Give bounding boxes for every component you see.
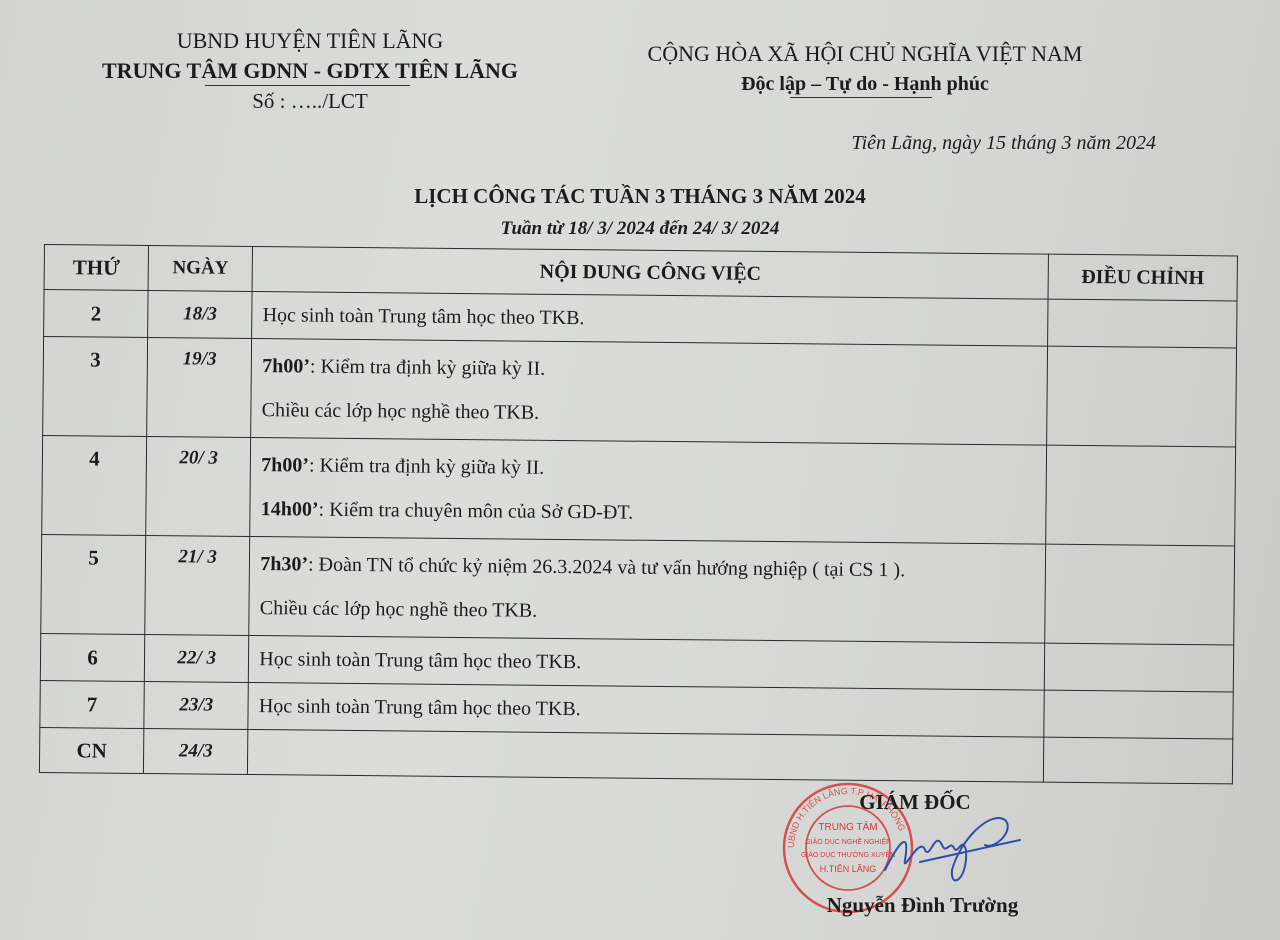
schedule-table-wrapper: THỨ NGÀY NỘI DUNG CÔNG VIỆC ĐIỀU CHỈNH 2…: [39, 244, 1238, 784]
cell-content: 7h00’: Kiểm tra định kỳ giữa kỳ II.Chiều…: [251, 339, 1048, 446]
cell-weekday: 4: [42, 435, 147, 535]
cell-content: Học sinh toàn Trung tâm học theo TKB.: [252, 292, 1048, 347]
national-motto: Độc lập – Tự do - Hạnh phúc: [630, 70, 1100, 98]
content-line: 14h00’: Kiểm tra chuyên môn của Sở GD-ĐT…: [261, 487, 1046, 539]
header-underline-right: [790, 97, 932, 98]
cell-adjustment: [1043, 737, 1232, 784]
table-row: 319/37h00’: Kiểm tra định kỳ giữa kỳ II.…: [43, 337, 1237, 447]
cell-content: [248, 729, 1044, 782]
header-adjustment: ĐIỀU CHỈNH: [1048, 254, 1237, 301]
signer-name: Nguyễn Đình Trường: [815, 893, 1030, 918]
cell-adjustment: [1048, 299, 1238, 348]
cell-content: 7h30’: Đoàn TN tổ chức kỷ niệm 26.3.2024…: [249, 536, 1046, 643]
cell-adjustment: [1046, 445, 1236, 546]
national-header-block: CỘNG HÒA XÃ HỘI CHỦ NGHĨA VIỆT NAM Độc l…: [630, 38, 1100, 98]
document-number: Số : …../LCT: [80, 88, 540, 114]
event-text: : Đoàn TN tổ chức kỷ niệm 26.3.2024 và t…: [308, 554, 905, 582]
cell-adjustment: [1045, 544, 1235, 645]
content-line: Chiều các lớp học nghề theo TKB.: [260, 586, 1045, 638]
table-row: 420/ 37h00’: Kiểm tra định kỳ giữa kỳ II…: [42, 435, 1236, 545]
event-time: 7h00’: [262, 355, 310, 377]
issuing-authority-block: UBND HUYỆN TIÊN LÃNG TRUNG TÂM GDNN - GD…: [80, 26, 540, 114]
header-underline-left: [205, 85, 410, 86]
cell-weekday: 2: [44, 290, 149, 338]
cell-date: 19/3: [147, 337, 252, 437]
cell-weekday: 3: [43, 337, 148, 437]
cell-date: 18/3: [148, 291, 253, 339]
cell-adjustment: [1044, 690, 1234, 739]
svg-text:H.TIÊN LÃNG: H.TIÊN LÃNG: [820, 864, 877, 874]
schedule-table: THỨ NGÀY NỘI DUNG CÔNG VIỆC ĐIỀU CHỈNH 2…: [39, 244, 1238, 784]
cell-weekday: 5: [41, 534, 146, 634]
cell-weekday: 7: [40, 680, 145, 728]
republic-name: CỘNG HÒA XÃ HỘI CHỦ NGHĨA VIỆT NAM: [630, 38, 1100, 70]
place-date: Tiên Lãng, ngày 15 tháng 3 năm 2024: [700, 132, 1156, 155]
cell-content: Học sinh toàn Trung tâm học theo TKB.: [248, 682, 1044, 737]
event-text: : Kiểm tra định kỳ giữa kỳ II.: [309, 455, 544, 479]
event-time: 7h00’: [261, 454, 309, 476]
cell-date: 24/3: [144, 728, 249, 774]
svg-text:GIÁO DỤC NGHỀ NGHIỆP: GIÁO DỤC NGHỀ NGHIỆP: [805, 836, 891, 846]
cell-content: Học sinh toàn Trung tâm học theo TKB.: [249, 635, 1045, 690]
event-text: Học sinh toàn Trung tâm học theo TKB.: [259, 648, 581, 673]
event-text: Chiều các lớp học nghề theo TKB.: [262, 399, 540, 424]
event-time: 14h00’: [261, 498, 319, 521]
cell-weekday: 6: [40, 633, 145, 681]
svg-text:TRUNG TÂM: TRUNG TÂM: [818, 820, 877, 833]
event-text: : Kiểm tra định kỳ giữa kỳ II.: [310, 356, 545, 380]
event-text: Học sinh toàn Trung tâm học theo TKB.: [259, 695, 581, 720]
header-content: NỘI DUNG CÔNG VIỆC: [252, 247, 1048, 300]
table-row: 521/ 37h30’: Đoàn TN tổ chức kỷ niệm 26.…: [41, 534, 1235, 644]
document-subtitle: Tuần từ 18/ 3/ 2024 đến 24/ 3/ 2024: [240, 218, 1040, 240]
handwritten-signature-icon: [880, 800, 1030, 890]
event-time: 7h30’: [260, 553, 308, 575]
event-text: Chiều các lớp học nghề theo TKB.: [260, 597, 538, 622]
center-name: TRUNG TÂM GDNN - GDTX TIÊN LÃNG: [80, 56, 540, 86]
content-line: 7h30’: Đoàn TN tổ chức kỷ niệm 26.3.2024…: [260, 542, 1045, 594]
content-line: Học sinh toàn Trung tâm học theo TKB.: [259, 637, 1044, 689]
cell-date: 20/ 3: [146, 436, 251, 536]
cell-adjustment: [1044, 643, 1234, 692]
cell-date: 23/3: [144, 681, 249, 729]
agency-name: UBND HUYỆN TIÊN LÃNG: [80, 26, 540, 56]
event-text: Học sinh toàn Trung tâm học theo TKB.: [263, 304, 585, 329]
content-line: Chiều các lớp học nghề theo TKB.: [262, 388, 1047, 440]
cell-date: 22/ 3: [144, 634, 249, 682]
cell-date: 21/ 3: [145, 535, 250, 635]
cell-weekday: CN: [39, 727, 144, 773]
cell-content: 7h00’: Kiểm tra định kỳ giữa kỳ II.14h00…: [250, 437, 1047, 544]
cell-adjustment: [1047, 346, 1237, 447]
content-line: Học sinh toàn Trung tâm học theo TKB.: [259, 684, 1044, 736]
content-line: 7h00’: Kiểm tra định kỳ giữa kỳ II.: [262, 344, 1047, 396]
event-text: : Kiểm tra chuyên môn của Sở GD-ĐT.: [318, 499, 633, 524]
content-line: Học sinh toàn Trung tâm học theo TKB.: [262, 293, 1047, 345]
document-title: LỊCH CÔNG TÁC TUẦN 3 THÁNG 3 NĂM 2024: [240, 184, 1040, 209]
header-weekday: THỨ: [44, 245, 149, 291]
header-date: NGÀY: [148, 246, 253, 292]
content-line: 7h00’: Kiểm tra định kỳ giữa kỳ II.: [261, 443, 1046, 495]
